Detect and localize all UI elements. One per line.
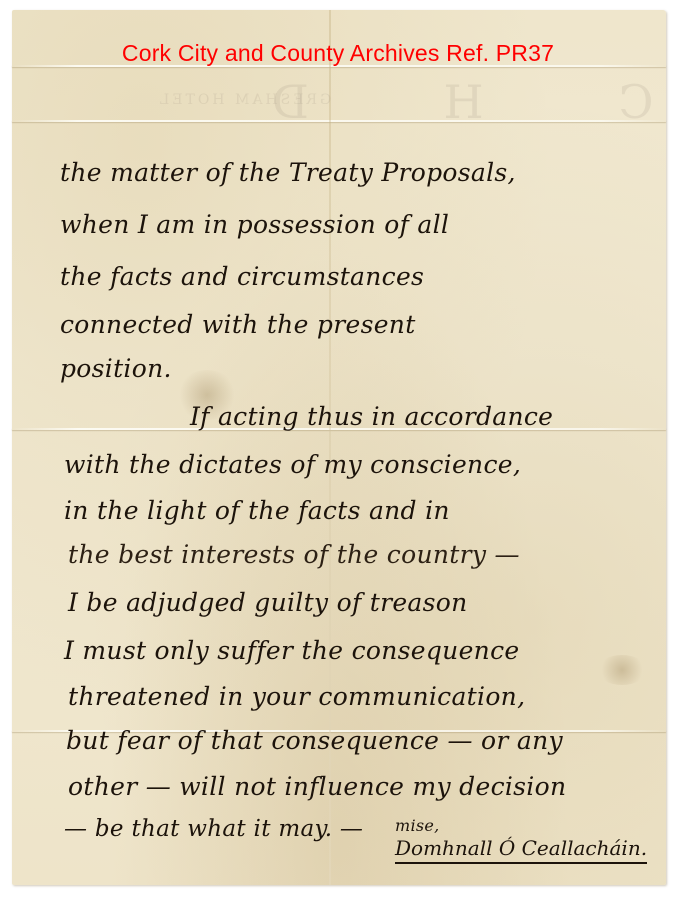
letter-line: with the dictates of my conscience, (64, 450, 521, 479)
ink-stain (597, 655, 647, 685)
letter-line: connected with the present (60, 310, 416, 339)
letter-line: I be adjudged guilty of treason (68, 588, 468, 617)
letter-line: — be that what it may. — (64, 816, 363, 842)
letter-line: the best interests of the country — (68, 540, 520, 569)
signature-block: mise, Domhnall Ó Ceallacháin. (395, 816, 676, 860)
archive-reference-watermark: Cork City and County Archives Ref. PR37 (0, 40, 676, 67)
letter-line: I must only suffer the consequence (64, 636, 519, 665)
letter-line: other — will not influence my decision (68, 772, 566, 801)
letter-line: when I am in possession of all (60, 210, 449, 239)
letter-line: threatened in your communication, (68, 682, 525, 711)
signature: Domhnall Ó Ceallacháin. (395, 836, 647, 864)
letter-line: position. (60, 354, 172, 383)
letter-line: If acting thus in accordance (190, 402, 553, 431)
letter-line: the matter of the Treaty Proposals, (60, 158, 516, 187)
letter-line: the facts and circumstances (60, 262, 424, 291)
letter-line: but fear of that consequence — or any (66, 726, 563, 755)
letter-line: in the light of the facts and in (64, 496, 450, 525)
closing-abbreviation: mise, (395, 816, 440, 835)
letterhead-bleed-initials: C H D (212, 75, 653, 129)
